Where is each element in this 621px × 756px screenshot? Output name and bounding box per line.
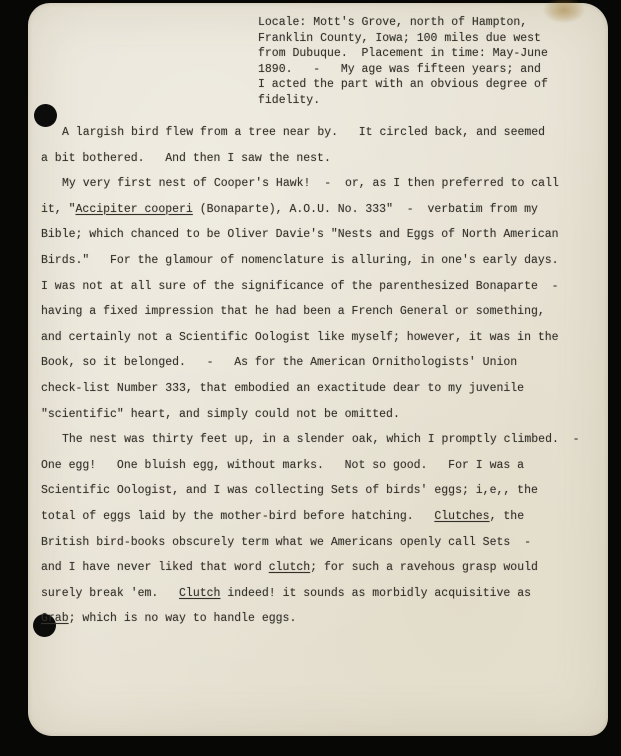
text-line: and certainly not a Scientific Oologist … [41,325,580,351]
text-line: 1890. - My age was fifteen years; and [258,62,548,78]
text-line: My very first nest of Cooper's Hawk! - o… [41,171,580,197]
locale-header-note: Locale: Mott's Grove, north of Hampton,F… [258,15,548,109]
text-line: it, "Accipiter cooperi (Bonaparte), A.O.… [41,197,580,223]
text-line: Birds." For the glamour of nomenclature … [41,248,580,274]
text-line: and I have never liked that word clutch;… [41,555,580,581]
text-line: total of eggs laid by the mother-bird be… [41,504,580,530]
text-line: check-list Number 333, that embodied an … [41,376,580,402]
scan-background: Locale: Mott's Grove, north of Hampton,F… [0,0,621,756]
text-line: A largish bird flew from a tree near by.… [41,120,580,146]
text-line: "scientific" heart, and simply could not… [41,402,580,428]
underlined-text: Clutch [179,587,220,600]
text-line: having a fixed impression that he had be… [41,299,580,325]
underlined-text: Accipiter cooperi [76,203,193,216]
text-line: Grab; which is no way to handle eggs. [41,606,580,632]
text-line: I acted the part with an obvious degree … [258,77,548,93]
paper-stain [543,0,585,23]
text-line: Franklin County, Iowa; 100 miles due wes… [258,31,548,47]
text-line: The nest was thirty feet up, in a slende… [41,427,580,453]
body-text: A largish bird flew from a tree near by.… [41,120,580,632]
underlined-text: Grab [41,612,69,625]
underlined-text: clutch [269,561,310,574]
text-line: Bible; which chanced to be Oliver Davie'… [41,222,580,248]
underlined-text: Clutches [434,510,489,523]
text-line: British bird-books obscurely term what w… [41,530,580,556]
text-line: I was not at all sure of the significanc… [41,274,580,300]
manuscript-page: Locale: Mott's Grove, north of Hampton,F… [28,3,608,736]
text-line: surely break 'em. Clutch indeed! it soun… [41,581,580,607]
text-line: Book, so it belonged. - As for the Ameri… [41,350,580,376]
text-line: One egg! One bluish egg, without marks. … [41,453,580,479]
text-line: Scientific Oologist, and I was collectin… [41,478,580,504]
text-line: fidelity. [258,93,548,109]
text-line: from Dubuque. Placement in time: May-Jun… [258,46,548,62]
text-line: a bit bothered. And then I saw the nest. [41,146,580,172]
text-line: Locale: Mott's Grove, north of Hampton, [258,15,548,31]
